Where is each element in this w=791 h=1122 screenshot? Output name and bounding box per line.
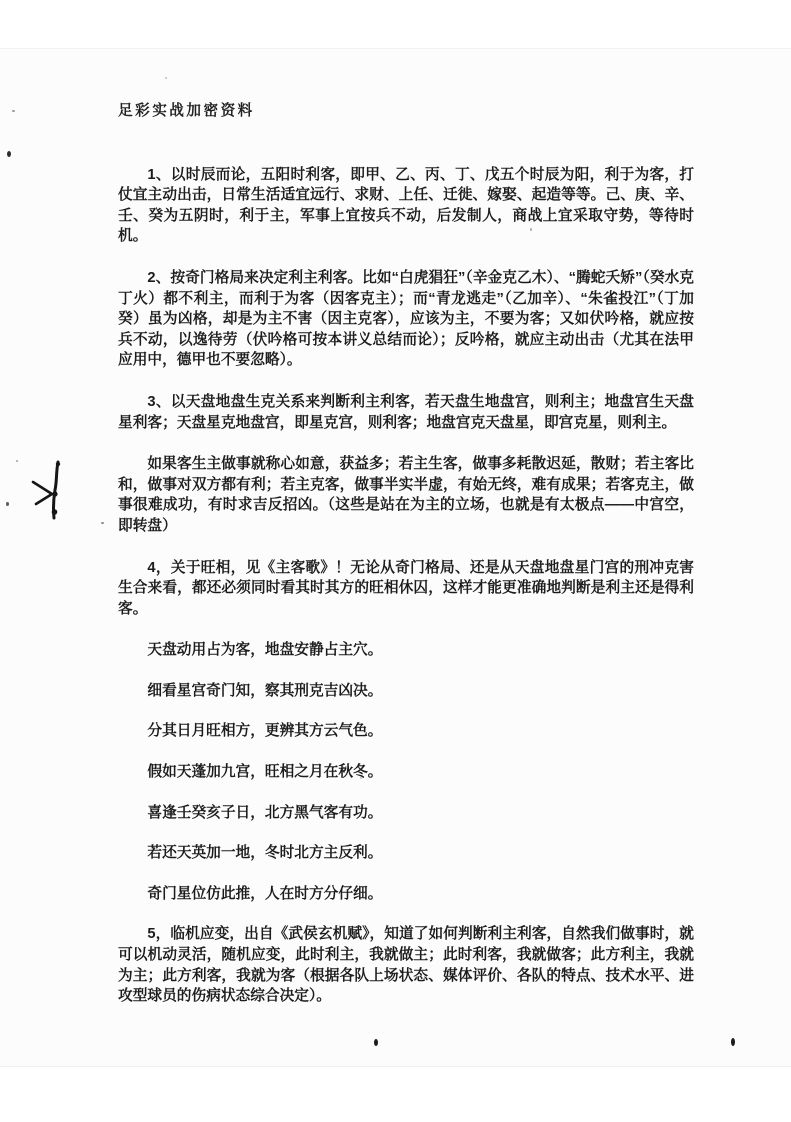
ink-speck bbox=[7, 151, 11, 157]
paragraph-3: 3、以天盘地盘生克关系来判断利主利客，若天盘生地盘宫，则利主；地盘宫生天盘星利客… bbox=[118, 392, 694, 433]
paragraph-2: 2、按奇门格局来决定利主利客。比如“白虎猖狂”（辛金克乙木）、“腾蛇夭矫”（癸水… bbox=[118, 268, 694, 371]
poem-line-7: 奇门星位仿此推，人在时方分仔细。 bbox=[118, 884, 694, 905]
paragraph-1: 1、以时辰而论，五阳时利客，即甲、乙、丙、丁、戊五个时辰为阳，利于为客，打仗宜主… bbox=[118, 165, 694, 247]
ink-speck bbox=[16, 460, 18, 462]
poem-line-2: 细看星宫奇门知，察其刑克吉凶决。 bbox=[118, 681, 694, 702]
scanned-paper: 足彩实战加密资料 1、以时辰而论，五阳时利客，即甲、乙、丙、丁、戊五个时辰为阳，… bbox=[0, 48, 791, 1067]
poem-line-4: 假如天蓬加九宫，旺相之月在秋冬。 bbox=[118, 762, 694, 783]
paragraph-3b: 如果客生主做事就称心如意，获益多；若主生客，做事多耗散迟延，散财；若主客比和，做… bbox=[118, 454, 694, 536]
ink-speck bbox=[360, 777, 362, 779]
ink-speck bbox=[101, 522, 104, 524]
paragraph-5-closing: 5，临机应变，出自《武侯玄机赋》，知道了如何判断利主利客，自然我们做事时，就可以… bbox=[118, 924, 694, 1006]
poem-line-5: 喜逢壬癸亥子日，北方黑气客有功。 bbox=[118, 803, 694, 824]
document-body: 足彩实战加密资料 1、以时辰而论，五阳时利客，即甲、乙、丙、丁、戊五个时辰为阳，… bbox=[118, 101, 694, 1007]
ink-speck bbox=[374, 1039, 378, 1046]
page-title: 足彩实战加密资料 bbox=[118, 101, 694, 122]
ink-speck bbox=[6, 502, 9, 506]
ink-speck bbox=[731, 1038, 735, 1046]
document-page: 足彩实战加密资料 1、以时辰而论，五阳时利客，即甲、乙、丙、丁、戊五个时辰为阳，… bbox=[0, 0, 791, 1122]
poem-line-1: 天盘动用占为客，地盘安静占主穴。 bbox=[118, 640, 694, 661]
poem-line-6: 若还天英加一地，冬时北方主反利。 bbox=[118, 843, 694, 864]
paragraph-4: 4，关于旺相，见《主客歌》！无论从奇门格局、还是从天盘地盘星门宫的刑冲克害生合来… bbox=[118, 558, 694, 620]
ink-speck bbox=[12, 110, 15, 112]
ink-speck bbox=[165, 77, 167, 79]
ink-speck bbox=[530, 228, 532, 231]
handwritten-scribble-mark bbox=[22, 452, 82, 534]
poem-line-3: 分其日月旺相方，更辨其方云气色。 bbox=[118, 721, 694, 742]
